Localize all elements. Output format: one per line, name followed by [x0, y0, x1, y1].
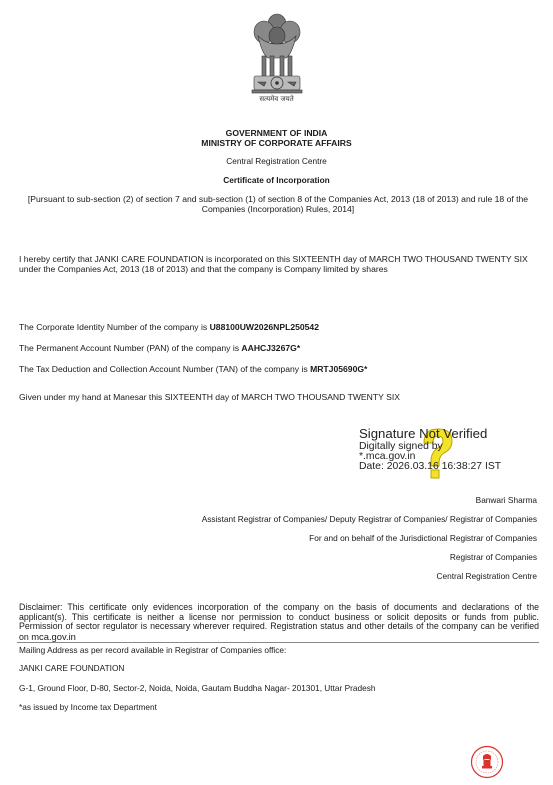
signature-date: Date: 2026.03.16 16:38:27 IST	[359, 462, 529, 472]
footnote: *as issued by Income tax Department	[19, 702, 157, 712]
digital-signature-block[interactable]: Signature Not Verified Digitally signed …	[359, 426, 529, 472]
disclaimer: Disclaimer: This certificate only eviden…	[19, 603, 539, 642]
pan-value: AAHCJ3267G*	[241, 343, 300, 353]
page-title: Certificate of Incorporation	[0, 175, 553, 185]
certify-statement: I hereby certify that JANKI CARE FOUNDAT…	[19, 254, 539, 274]
registrar-office: Registrar of Companies	[450, 552, 537, 562]
cin-line: The Corporate Identity Number of the com…	[19, 322, 539, 332]
registrar-seal-icon	[470, 745, 504, 779]
government-title: GOVERNMENT OF INDIA	[0, 128, 553, 138]
national-emblem-icon	[244, 6, 310, 106]
mailing-company-name: JANKI CARE FOUNDATION	[19, 663, 124, 673]
tan-value: MRTJ05690G*	[310, 364, 367, 374]
pan-label: The Permanent Account Number (PAN) of th…	[19, 343, 241, 353]
centre-name: Central Registration Centre	[0, 156, 553, 166]
tan-label: The Tax Deduction and Collection Account…	[19, 364, 310, 374]
mailing-label: Mailing Address as per record available …	[19, 645, 286, 655]
tan-line: The Tax Deduction and Collection Account…	[19, 364, 539, 374]
emblem-motto: सत्यमेव जयते	[0, 95, 553, 104]
mailing-address: G-1, Ground Floor, D-80, Sector-2, Noida…	[19, 683, 376, 693]
registrar-designation: Assistant Registrar of Companies/ Deputy…	[202, 514, 537, 524]
signature-status: Signature Not Verified	[359, 426, 529, 442]
ministry-title: MINISTRY OF CORPORATE AFFAIRS	[0, 138, 553, 148]
divider	[17, 642, 539, 643]
disclaimer-text: Disclaimer: This certificate only eviden…	[19, 602, 539, 642]
cin-label: The Corporate Identity Number of the com…	[19, 322, 210, 332]
mca-link[interactable]: mca.gov.in	[31, 631, 76, 642]
registrar-centre: Central Registration Centre	[436, 571, 537, 581]
given-statement: Given under my hand at Manesar this SIXT…	[19, 392, 539, 402]
registrar-behalf: For and on behalf of the Jurisdictional …	[309, 533, 537, 543]
cin-value: U88100UW2026NPL250542	[210, 322, 319, 332]
header-government: GOVERNMENT OF INDIA MINISTRY OF CORPORAT…	[0, 128, 553, 148]
pursuant-clause: [Pursuant to sub-section (2) of section …	[18, 194, 538, 214]
registrar-name: Banwari Sharma	[476, 495, 537, 505]
pan-line: The Permanent Account Number (PAN) of th…	[19, 343, 539, 353]
